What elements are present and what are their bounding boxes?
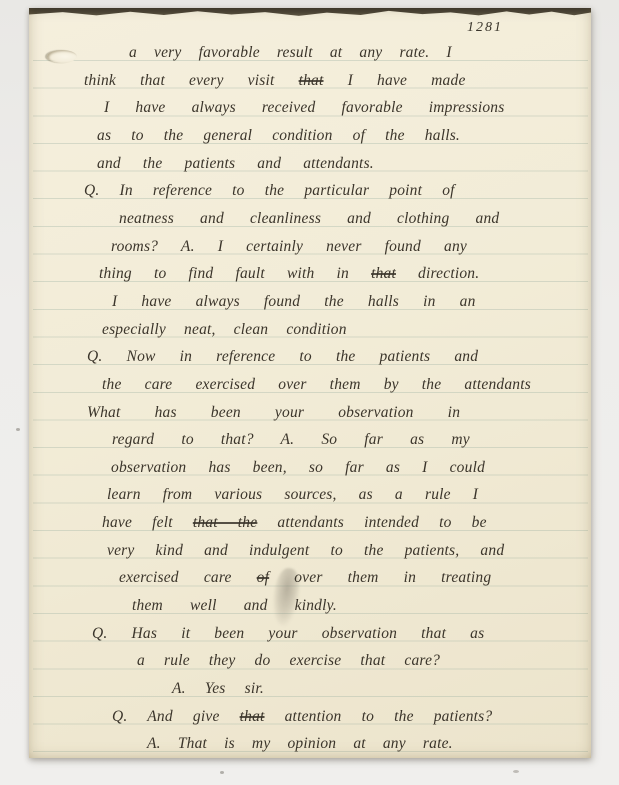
handwritten-text: learn from various sources, as a rule I xyxy=(107,486,478,503)
handwritten-text: a very favorable result at any rate. I xyxy=(129,44,452,61)
handwritten-text: Q. Has it been your observation that as xyxy=(92,625,484,642)
manuscript-page: 1281 a very favorable result at any rate… xyxy=(29,8,591,758)
struck-word: that xyxy=(371,265,396,282)
manuscript-lines: a very favorable result at any rate. Ith… xyxy=(29,8,591,758)
handwritten-text: and the patients and attendants. xyxy=(97,155,374,172)
handwritten-text: Q. Now in reference to the patients and xyxy=(87,348,478,365)
handwritten-text: rooms? A. I certainly never found any xyxy=(111,238,467,255)
manuscript-line: think that every visit that I have made xyxy=(84,71,466,91)
handwritten-text: I have always found the halls in an xyxy=(112,293,476,310)
handwritten-text: attention to the patients? xyxy=(265,708,493,725)
manuscript-line: A. Yes sir. xyxy=(172,679,264,699)
handwritten-text: them well and kindly. xyxy=(132,597,337,614)
manuscript-line: a rule they do exercise that care? xyxy=(137,651,440,671)
handwritten-text: direction. xyxy=(396,265,479,282)
manuscript-line: Q. Has it been your observation that as xyxy=(92,624,484,644)
manuscript-line: Q. And give that attention to the patien… xyxy=(112,707,492,727)
background-speck xyxy=(220,771,224,774)
handwritten-text: the care exercised over them by the atte… xyxy=(102,376,531,393)
manuscript-line: them well and kindly. xyxy=(132,596,337,616)
manuscript-line: have felt that the attendants intended t… xyxy=(102,513,487,533)
manuscript-line: neatness and cleanliness and clothing an… xyxy=(119,209,499,229)
manuscript-line: thing to find fault with in that directi… xyxy=(99,264,479,284)
manuscript-line: A. That is my opinion at any rate. xyxy=(147,734,453,754)
handwritten-text: as to the general condition of the halls… xyxy=(97,127,460,144)
manuscript-line: very kind and indulgent to the patients,… xyxy=(107,541,504,561)
manuscript-line: learn from various sources, as a rule I xyxy=(107,485,478,505)
handwritten-text: think that every visit xyxy=(84,72,299,89)
background-speck xyxy=(16,428,20,431)
struck-word: that xyxy=(299,72,324,89)
handwritten-text: especially neat, clean condition xyxy=(102,321,347,338)
manuscript-line: the care exercised over them by the atte… xyxy=(102,375,531,395)
handwritten-text: I have made xyxy=(324,72,466,89)
handwritten-text: over them in treating xyxy=(269,569,491,586)
handwritten-text: attendants intended to be xyxy=(257,514,486,531)
manuscript-line: exercised care of over them in treating xyxy=(119,568,491,588)
manuscript-line: as to the general condition of the halls… xyxy=(97,126,460,146)
manuscript-line: especially neat, clean condition xyxy=(102,320,347,340)
manuscript-line: What has been your observation in xyxy=(87,403,460,423)
handwritten-text: thing to find fault with in xyxy=(99,265,371,282)
handwritten-text: observation has been, so far as I could xyxy=(111,459,485,476)
manuscript-line: regard to that? A. So far as my xyxy=(112,430,470,450)
handwritten-text: I have always received favorable impress… xyxy=(104,99,504,116)
manuscript-line: Q. Now in reference to the patients and xyxy=(87,347,478,367)
handwritten-text: a rule they do exercise that care? xyxy=(137,652,440,669)
manuscript-line: a very favorable result at any rate. I xyxy=(129,43,452,63)
handwritten-text: Q. In reference to the particular point … xyxy=(84,182,455,199)
handwritten-text: very kind and indulgent to the patients,… xyxy=(107,542,504,559)
manuscript-line: I have always found the halls in an xyxy=(112,292,476,312)
handwritten-text: Q. And give xyxy=(112,708,240,725)
manuscript-line: Q. In reference to the particular point … xyxy=(84,181,455,201)
background-speck xyxy=(513,770,519,773)
handwritten-text: neatness and cleanliness and clothing an… xyxy=(119,210,499,227)
manuscript-line: observation has been, so far as I could xyxy=(111,458,485,478)
manuscript-line: I have always received favorable impress… xyxy=(104,98,504,118)
scan-background: 1281 a very favorable result at any rate… xyxy=(0,0,619,785)
struck-word: of xyxy=(257,569,269,586)
struck-word: that the xyxy=(193,514,258,531)
manuscript-line: rooms? A. I certainly never found any xyxy=(111,237,467,257)
handwritten-text: have felt xyxy=(102,514,193,531)
handwritten-text: regard to that? A. So far as my xyxy=(112,431,470,448)
struck-word: that xyxy=(240,708,265,725)
handwritten-text: exercised care xyxy=(119,569,257,586)
handwritten-text: A. Yes sir. xyxy=(172,680,264,697)
handwritten-text: What has been your observation in xyxy=(87,404,460,421)
handwritten-text: A. That is my opinion at any rate. xyxy=(147,735,453,752)
manuscript-line: and the patients and attendants. xyxy=(97,154,374,174)
